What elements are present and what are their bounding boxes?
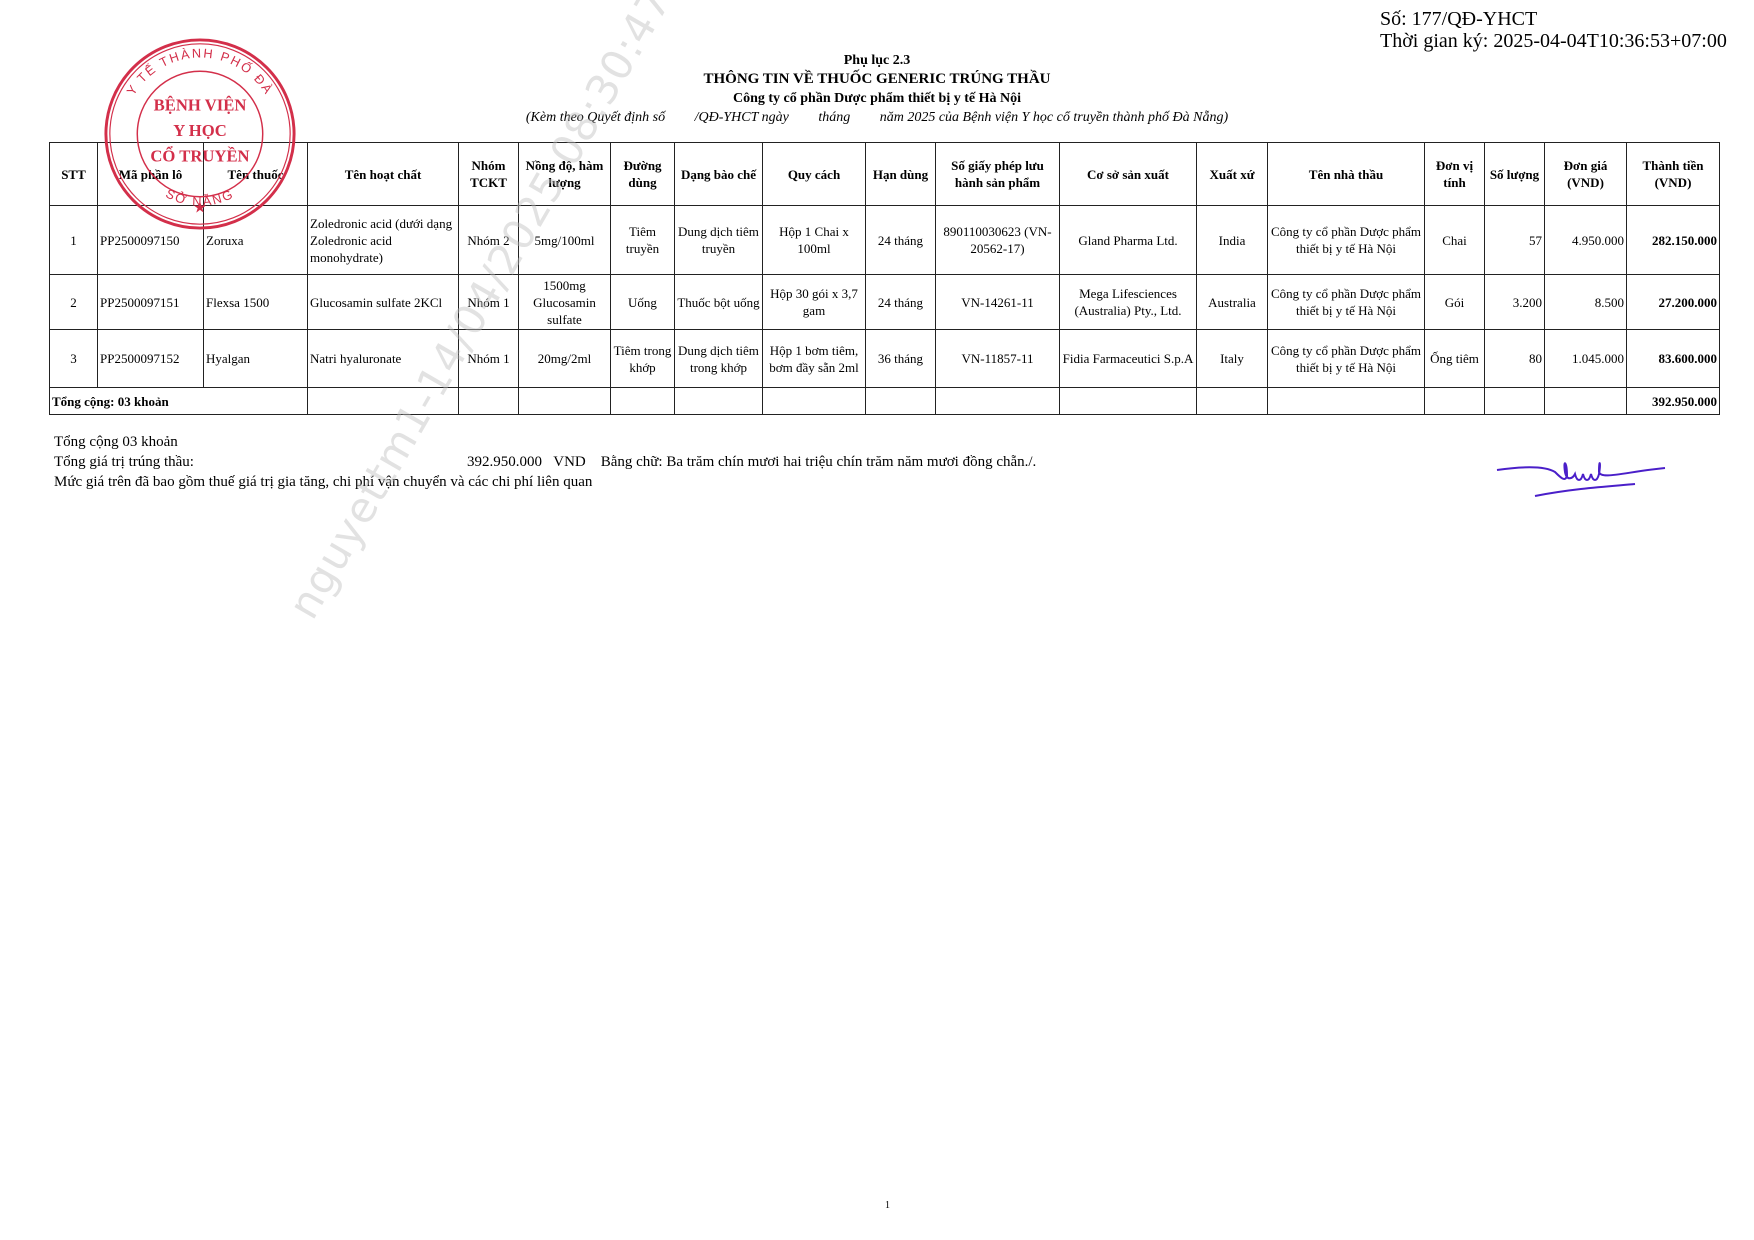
empty-cell: [611, 388, 675, 415]
subtitle-part: /QĐ-YHCT ngày: [695, 108, 789, 128]
table-cell: Ống tiêm: [1425, 330, 1485, 388]
table-cell: 890110030623 (VN-20562-17): [936, 206, 1060, 275]
table-cell: Nhóm 1: [459, 330, 519, 388]
signed-time: Thời gian ký: 2025-04-04T10:36:53+07:00: [1380, 30, 1727, 52]
table-cell: Công ty cổ phần Dược phẩm thiết bị y tế …: [1268, 330, 1425, 388]
column-header: Nhóm TCKT: [459, 143, 519, 206]
table-cell: Công ty cổ phần Dược phẩm thiết bị y tế …: [1268, 275, 1425, 330]
table-cell: Hộp 1 Chai x 100ml: [763, 206, 866, 275]
empty-cell: [1060, 388, 1197, 415]
empty-cell: [519, 388, 611, 415]
subtitle-part: tháng: [818, 108, 850, 128]
table-cell: VN-14261-11: [936, 275, 1060, 330]
table-cell: PP2500097152: [98, 330, 204, 388]
total-amount: 392.950.000: [194, 452, 542, 472]
table-cell: Dung dịch tiêm trong khớp: [675, 330, 763, 388]
empty-cell: [1545, 388, 1627, 415]
table-cell: 8.500: [1545, 275, 1627, 330]
total-row-value: 392.950.000: [1627, 388, 1720, 415]
table-total-row: Tổng cộng: 03 khoản392.950.000: [50, 388, 1720, 415]
table-cell: 3.200: [1485, 275, 1545, 330]
subtitle-part: (Kèm theo Quyết định số: [526, 108, 665, 128]
column-header: Đơn vị tính: [1425, 143, 1485, 206]
empty-cell: [1425, 388, 1485, 415]
column-header: Mã phần lô: [98, 143, 204, 206]
table-cell: Mega Lifesciences (Australia) Pty., Ltd.: [1060, 275, 1197, 330]
table-cell: 80: [1485, 330, 1545, 388]
table-cell: Hộp 1 bơm tiêm, bơm đầy sẵn 2ml: [763, 330, 866, 388]
column-header: Thành tiền (VND): [1627, 143, 1720, 206]
table-cell: Glucosamin sulfate 2KCl: [308, 275, 459, 330]
currency: VND: [542, 452, 597, 472]
column-header: Đường dùng: [611, 143, 675, 206]
empty-cell: [866, 388, 936, 415]
column-header: Tên hoạt chất: [308, 143, 459, 206]
empty-cell: [308, 388, 459, 415]
table-cell: 20mg/2ml: [519, 330, 611, 388]
column-header: Đơn giá (VND): [1545, 143, 1627, 206]
document-header: Phụ lục 2.3 THÔNG TIN VỀ THUỐC GENERIC T…: [0, 52, 1754, 128]
column-header: Số giấy phép lưu hành sản phẩm: [936, 143, 1060, 206]
table-cell: Australia: [1197, 275, 1268, 330]
table-cell: Thuốc bột uống: [675, 275, 763, 330]
total-row-label: Tổng cộng: 03 khoản: [50, 388, 308, 415]
table-row: 1PP2500097150ZoruxaZoledronic acid (dưới…: [50, 206, 1720, 275]
decision-number: Số: 177/QĐ-YHCT: [1380, 8, 1727, 30]
appendix-label: Phụ lục 2.3: [0, 52, 1754, 70]
table-cell: Dung dịch tiêm truyền: [675, 206, 763, 275]
table-cell: Nhóm 1: [459, 275, 519, 330]
column-header: Dạng bào chế: [675, 143, 763, 206]
table-cell: 24 tháng: [866, 275, 936, 330]
empty-cell: [1268, 388, 1425, 415]
table-cell: PP2500097150: [98, 206, 204, 275]
table-cell: 1500mg Glucosamin sulfate: [519, 275, 611, 330]
table-cell: 27.200.000: [1627, 275, 1720, 330]
table-cell: Công ty cổ phần Dược phẩm thiết bị y tế …: [1268, 206, 1425, 275]
column-header: Xuất xứ: [1197, 143, 1268, 206]
total-label: Tổng giá trị trúng thầu:: [54, 454, 194, 470]
table-cell: 4.950.000: [1545, 206, 1627, 275]
document-title: THÔNG TIN VỀ THUỐC GENERIC TRÚNG THẦU: [0, 70, 1754, 89]
table-cell: Italy: [1197, 330, 1268, 388]
table-cell: 5mg/100ml: [519, 206, 611, 275]
table-cell: 83.600.000: [1627, 330, 1720, 388]
table-cell: Tiêm truyền: [611, 206, 675, 275]
summary-block: Tổng cộng 03 khoản Tổng giá trị trúng th…: [54, 432, 1036, 492]
table-cell: 3: [50, 330, 98, 388]
signature-metadata: Số: 177/QĐ-YHCT Thời gian ký: 2025-04-04…: [1380, 8, 1727, 52]
column-header: STT: [50, 143, 98, 206]
empty-cell: [936, 388, 1060, 415]
table-cell: Hộp 30 gói x 3,7 gam: [763, 275, 866, 330]
table-cell: 57: [1485, 206, 1545, 275]
column-header: Cơ sở sản xuất: [1060, 143, 1197, 206]
company-name: Công ty cổ phần Dược phẩm thiết bị y tế …: [0, 89, 1754, 108]
table-cell: 24 tháng: [866, 206, 936, 275]
document-subtitle: (Kèm theo Quyết định số /QĐ-YHCT ngày th…: [0, 108, 1754, 128]
table-cell: Gói: [1425, 275, 1485, 330]
column-header: Nồng độ, hàm lượng: [519, 143, 611, 206]
table-cell: PP2500097151: [98, 275, 204, 330]
column-header: Số lượng: [1485, 143, 1545, 206]
amount-in-words: Bằng chữ: Ba trăm chín mươi hai triệu ch…: [601, 454, 1037, 470]
summary-count: Tổng cộng 03 khoản: [54, 432, 1036, 452]
column-header: Quy cách: [763, 143, 866, 206]
empty-cell: [675, 388, 763, 415]
table-cell: 282.150.000: [1627, 206, 1720, 275]
table-cell: VN-11857-11: [936, 330, 1060, 388]
table-cell: Flexsa 1500: [204, 275, 308, 330]
table-header-row: STTMã phần lôTên thuốcTên hoạt chấtNhóm …: [50, 143, 1720, 206]
table-row: 2PP2500097151Flexsa 1500Glucosamin sulfa…: [50, 275, 1720, 330]
table-cell: Hyalgan: [204, 330, 308, 388]
table-row: 3PP2500097152HyalganNatri hyaluronateNhó…: [50, 330, 1720, 388]
column-header: Hạn dùng: [866, 143, 936, 206]
table-cell: Nhóm 2: [459, 206, 519, 275]
summary-total-line: Tổng giá trị trúng thầu:392.950.000VND B…: [54, 452, 1036, 472]
subtitle-part: năm 2025 của Bệnh viện Y học cổ truyền t…: [880, 108, 1228, 128]
empty-cell: [1197, 388, 1268, 415]
table-cell: Natri hyaluronate: [308, 330, 459, 388]
table-cell: Tiêm trong khớp: [611, 330, 675, 388]
table-cell: Gland Pharma Ltd.: [1060, 206, 1197, 275]
column-header: Tên nhà thầu: [1268, 143, 1425, 206]
table-cell: 1.045.000: [1545, 330, 1627, 388]
price-note: Mức giá trên đã bao gồm thuế giá trị gia…: [54, 472, 1036, 492]
empty-cell: [459, 388, 519, 415]
table-cell: Fidia Farmaceutici S.p.A: [1060, 330, 1197, 388]
table-cell: 36 tháng: [866, 330, 936, 388]
empty-cell: [763, 388, 866, 415]
table-cell: 2: [50, 275, 98, 330]
table-cell: Chai: [1425, 206, 1485, 275]
table-cell: India: [1197, 206, 1268, 275]
page-number: 1: [885, 1200, 890, 1211]
table-cell: Zoledronic acid (dưới dạng Zoledronic ac…: [308, 206, 459, 275]
drug-table: STTMã phần lôTên thuốcTên hoạt chấtNhóm …: [49, 142, 1720, 415]
table-cell: 1: [50, 206, 98, 275]
column-header: Tên thuốc: [204, 143, 308, 206]
empty-cell: [1485, 388, 1545, 415]
table-cell: Zoruxa: [204, 206, 308, 275]
signature-icon: [1495, 448, 1670, 508]
table-cell: Uống: [611, 275, 675, 330]
